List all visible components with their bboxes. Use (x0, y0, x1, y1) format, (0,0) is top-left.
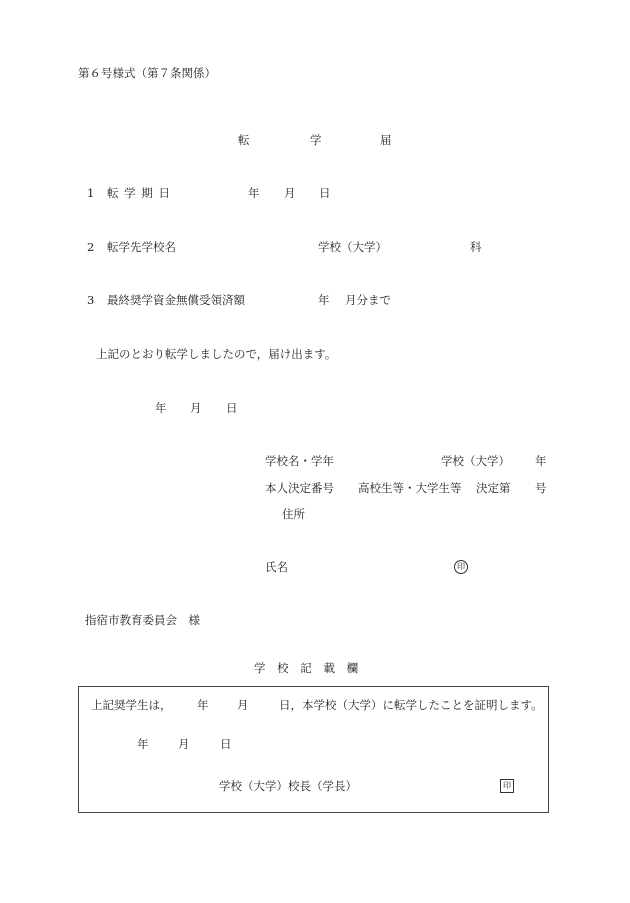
month-field-label: 月分まで (345, 293, 391, 307)
decision-number-label: 本人決定番号 (265, 481, 334, 495)
item-label: 転 学 期 日 (107, 186, 171, 200)
title-char-3: 届 (380, 133, 392, 147)
item-label: 最終奨学資金無償受領済額 (107, 293, 245, 307)
school-grade-label: 学校名・学年 (265, 454, 334, 468)
seal-icon: 印 (454, 560, 468, 574)
addressee: 指宿市教育委員会 様 (85, 613, 200, 627)
grade-suffix-label: 年 (535, 454, 547, 468)
decision-prefix: 決定第 (476, 481, 511, 495)
school-section-heading: 学 校 記 載 欄 (254, 661, 362, 675)
decision-suffix: 号 (535, 481, 547, 495)
day-field-label: 日 (220, 737, 232, 751)
decision-category: 高校生等・大学生等 (358, 481, 462, 495)
month-field-label: 月 (284, 186, 296, 200)
item-label: 転学先学校名 (107, 240, 176, 254)
form-number: 第６号様式（第７条関係） (78, 66, 216, 80)
name-label: 氏名 (265, 560, 288, 574)
address-label: 住所 (282, 507, 305, 521)
month-field-label: 月 (190, 401, 202, 415)
title-char-2: 学 (310, 133, 322, 147)
school-field-label: 学校（大学） (318, 240, 387, 254)
statement-text: 上記のとおり転学しましたので，届け出ます。 (96, 347, 336, 361)
year-field-label: 年 (248, 186, 260, 200)
day-field-label: 日 (319, 186, 331, 200)
cert-prefix: 上記奨学生は， (91, 698, 172, 712)
department-field-label: 科 (470, 240, 482, 254)
cert-suffix: 日，本学校（大学）に転学したことを証明します。 (279, 698, 543, 712)
year-field-label: 年 (137, 737, 149, 751)
month-field-label: 月 (237, 698, 249, 712)
month-field-label: 月 (178, 737, 190, 751)
school-suffix-label: 学校（大学） (441, 454, 510, 468)
principal-label: 学校（大学）校長（学長） (219, 779, 357, 793)
item-number: 1 (87, 186, 94, 200)
title-char-1: 転 (238, 133, 250, 147)
seal-icon: 印 (500, 779, 514, 793)
item-number: 3 (87, 293, 94, 307)
year-field-label: 年 (318, 293, 330, 307)
year-field-label: 年 (155, 401, 167, 415)
day-field-label: 日 (226, 401, 238, 415)
item-number: 2 (87, 240, 94, 254)
year-field-label: 年 (197, 698, 209, 712)
